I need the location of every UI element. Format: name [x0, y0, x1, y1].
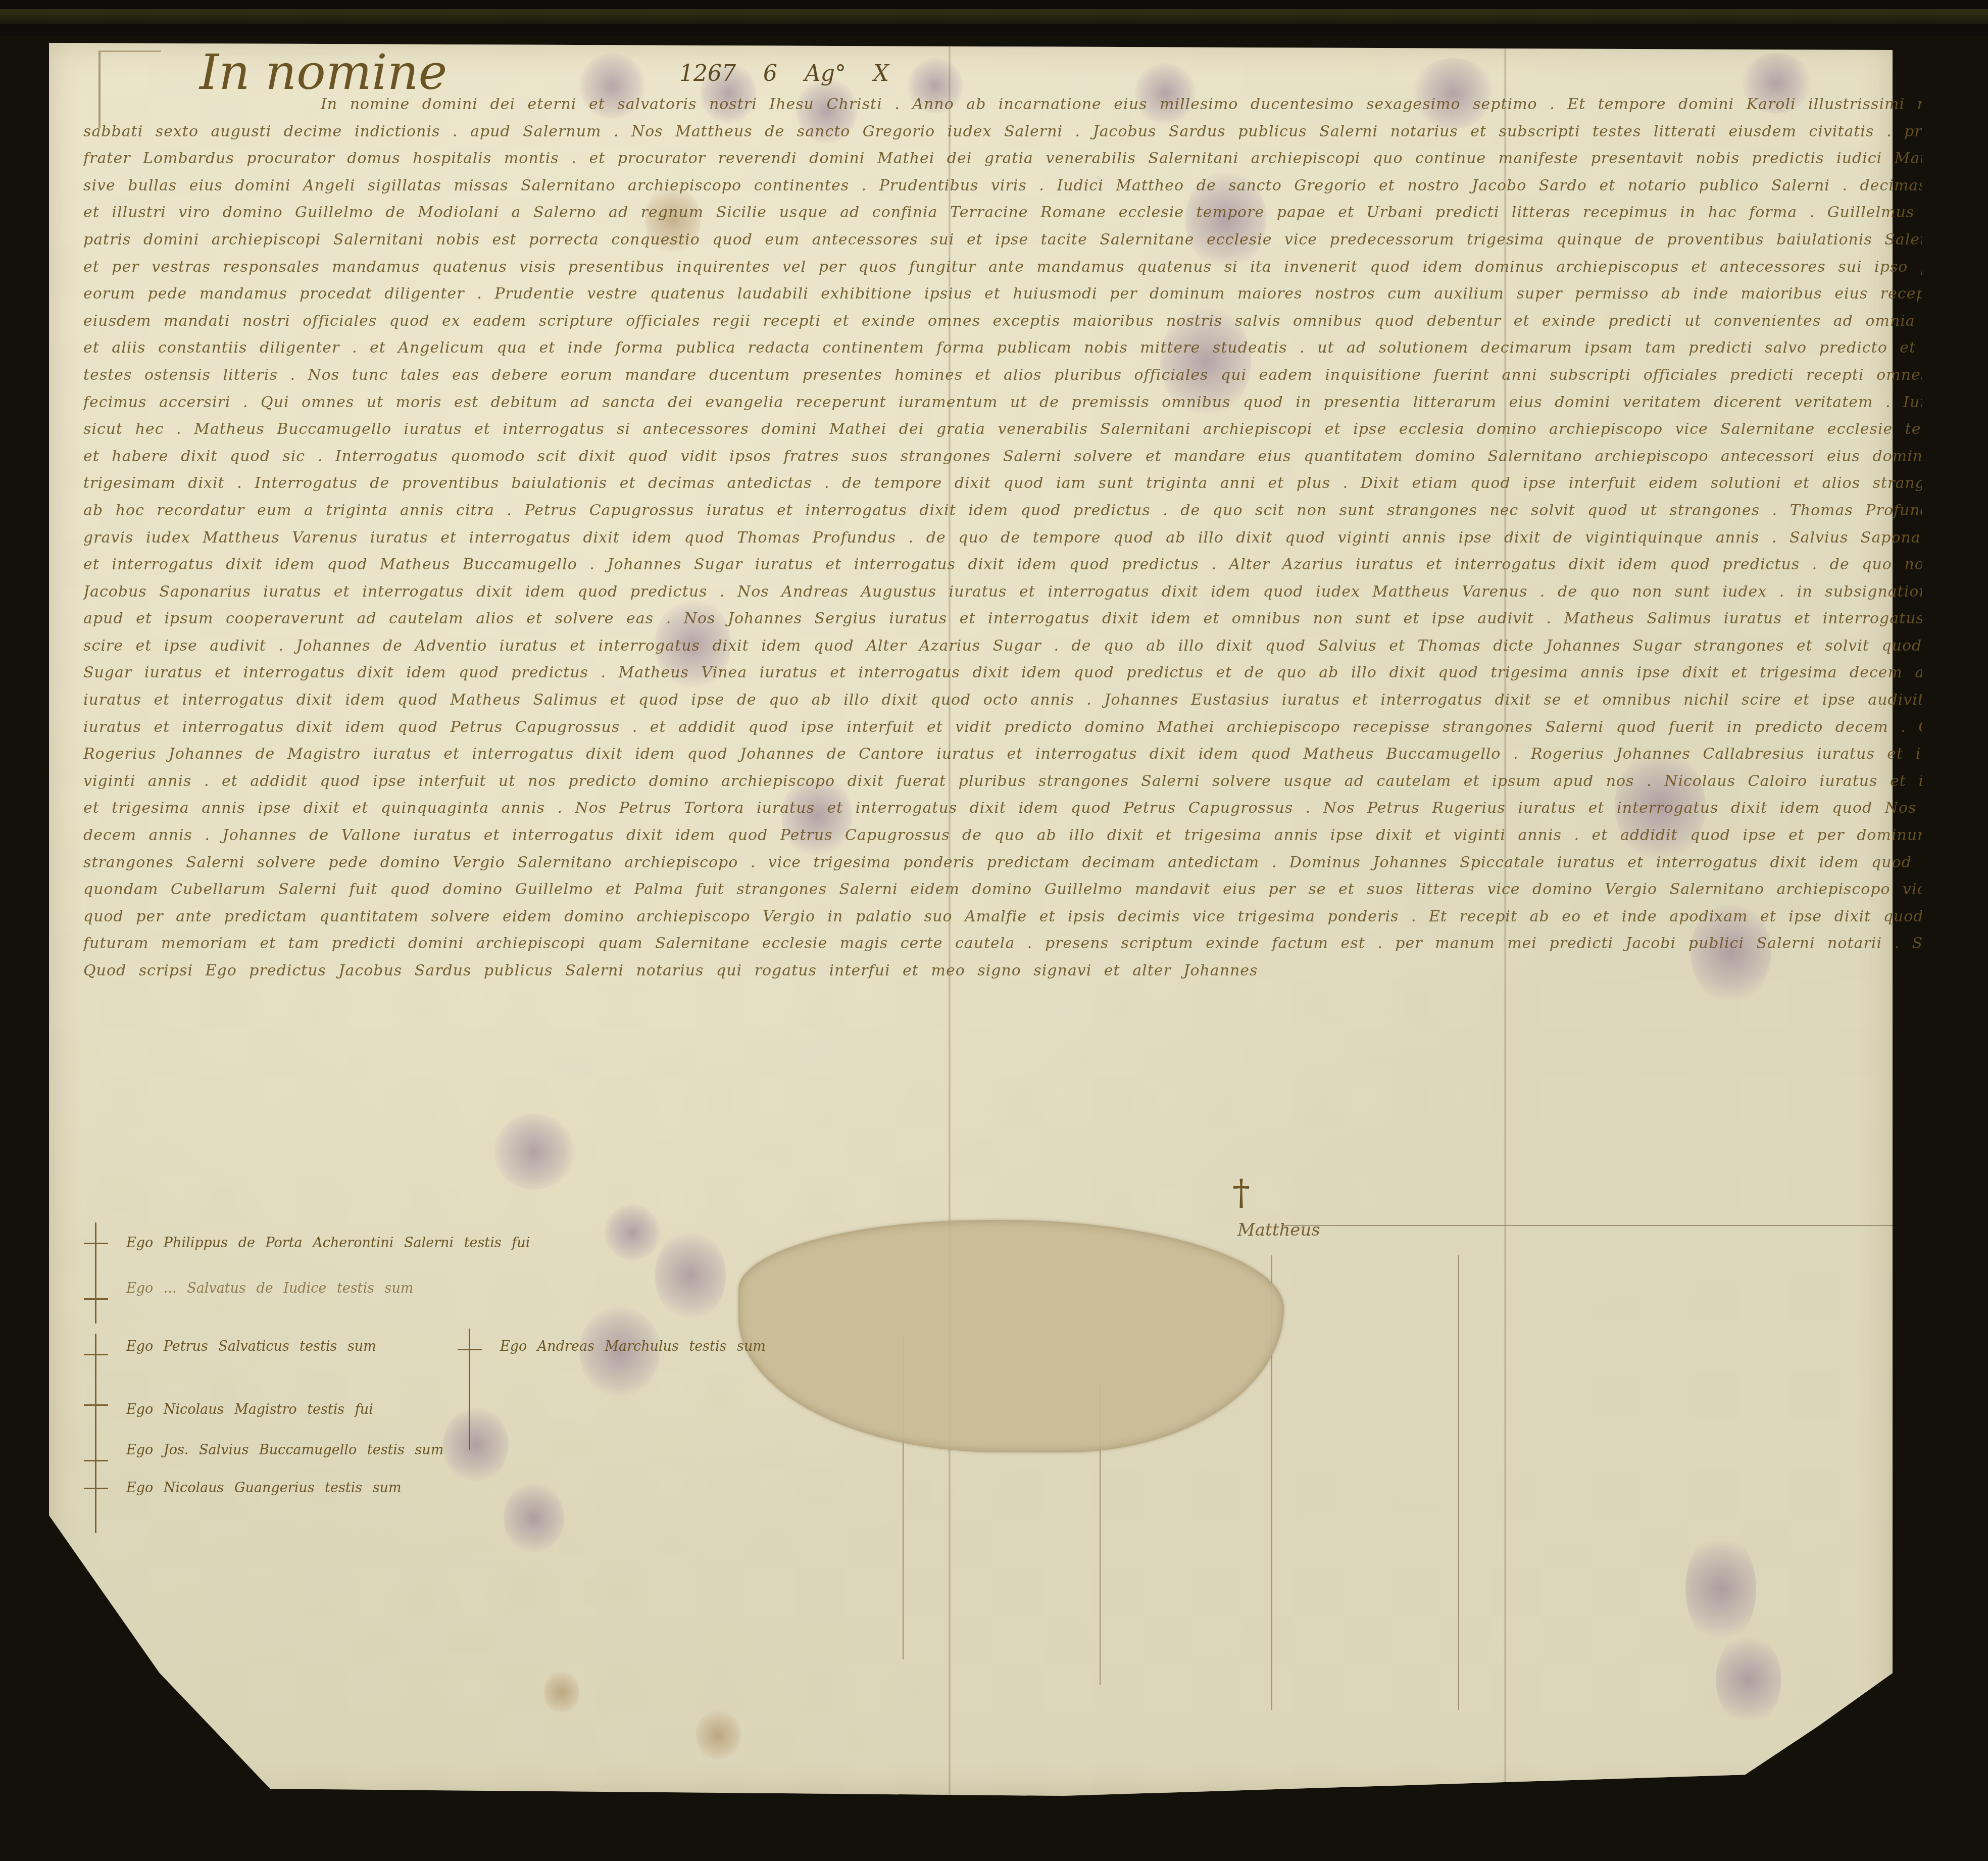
text-line: et aliis constantiis diligenter . et Ang… — [83, 334, 1922, 362]
text-line: et habere dixit quod sic . Interrogatus … — [83, 443, 1922, 470]
text-line: scire et ipse audivit . Johannes de Adve… — [83, 632, 1922, 660]
text-line: sabbati sexto augusti decime indictionis… — [83, 118, 1922, 145]
text-line: sive bullas eius domini Angeli sigillata… — [83, 172, 1922, 200]
text-line: futuram memoriam et tam predicti domini … — [83, 930, 1922, 957]
stain — [1716, 1634, 1781, 1725]
stain — [605, 1205, 660, 1260]
witness-cross-icon — [81, 1278, 111, 1324]
stain — [655, 1230, 726, 1321]
text-line — [83, 985, 679, 1012]
text-line: viginti annis . et addidit quod ipse int… — [83, 768, 1922, 795]
text-line: iuratus et interrogatus dixit idem quod … — [83, 714, 1922, 741]
text-line: fecimus accersiri . Qui omnes ut moris e… — [83, 389, 1922, 416]
notarial-sign: † — [1232, 1174, 1250, 1210]
text-line: Quod scripsi Ego predictus Jacobus Sardu… — [83, 957, 1922, 985]
stain — [695, 1710, 741, 1760]
text-line: Rogerius Johannes de Magistro iuratus et… — [83, 741, 1922, 768]
text-line: frater Lombardus procurator domus hospit… — [83, 145, 1922, 172]
text-line: strangones Salerni solvere pede domino V… — [83, 849, 1922, 876]
witness-subscription: Ego Nicolaus Magistro testis fui — [126, 1402, 373, 1417]
text-line: trigesimam dixit . Interrogatus de prove… — [83, 470, 1922, 497]
ruling-line — [1281, 1225, 1978, 1226]
witness-cross-icon — [455, 1329, 485, 1450]
text-line: eiusdem mandati nostri officiales quod e… — [83, 308, 1922, 335]
text-line: gravis iudex Mattheus Varenus iuratus et… — [83, 524, 1922, 552]
restored-patch — [738, 1220, 1284, 1452]
text-line: apud et ipsum cooperaverunt ad cautelam … — [83, 605, 1922, 632]
witness-subscription: Ego Jos. Salvius Buccamugello testis sum — [126, 1442, 443, 1458]
scan-frame-band — [0, 9, 1988, 24]
text-line: sicut hec . Matheus Buccamugello iuratus… — [83, 416, 1922, 443]
text-line: Sugar iuratus et interrogatus dixit idem… — [83, 659, 1922, 687]
witness-subscription: Ego Philippus de Porta Acherontini Saler… — [126, 1235, 530, 1251]
text-line: quondam Cubellarum Salerni fuit quod dom… — [83, 876, 1922, 903]
stain — [1685, 1533, 1756, 1644]
witness-subscription: Ego Nicolaus Guangerius testis sum — [126, 1480, 402, 1496]
text-line: et per vestras responsales mandamus quat… — [83, 254, 1922, 281]
text-line: Jacobus Saponarius iuratus et interrogat… — [83, 578, 1922, 606]
notary-mark-label: Mattheus — [1237, 1220, 1320, 1240]
text-line: patris domini archiepiscopi Salernitani … — [83, 226, 1922, 254]
witness-cross-icon — [81, 1467, 111, 1533]
stain — [493, 1114, 574, 1190]
witness-subscription: Ego Petrus Salvaticus testis sum — [126, 1339, 376, 1354]
text-line: In nomine domini dei eterni et salvatori… — [83, 91, 1922, 118]
stain — [504, 1483, 564, 1553]
text-line: testes ostensis litteris . Nos tunc tale… — [83, 362, 1922, 389]
text-line: et interrogatus dixit idem quod Matheus … — [83, 551, 1922, 578]
witness-subscription: Ego Andreas Marchulus testis sum — [500, 1339, 766, 1354]
text-line: et illustri viro domino Guillelmo de Mod… — [83, 199, 1922, 226]
witness-subscription: Ego ... Salvatus de Iudice testis sum — [126, 1281, 413, 1296]
text-line: et trigesima annis ipse dixit et quinqua… — [83, 795, 1922, 822]
stain — [544, 1670, 579, 1715]
text-line: eorum pede mandamus procedat diligenter … — [83, 280, 1922, 308]
text-line: iuratus et interrogatus dixit idem quod … — [83, 687, 1922, 714]
ruling-line — [1458, 1255, 1459, 1710]
initial-word: In nomine — [200, 48, 447, 96]
charter-text: In nomine domini dei eterni et salvatori… — [83, 91, 1922, 1011]
archival-annotation: 1267 6 Ag° X — [679, 61, 889, 86]
text-line: ab hoc recordatur eum a triginta annis c… — [83, 497, 1922, 524]
text-line: quod per ante predictam quantitatem solv… — [83, 903, 1922, 930]
text-line: decem annis . Johannes de Vallone iuratu… — [83, 822, 1922, 849]
